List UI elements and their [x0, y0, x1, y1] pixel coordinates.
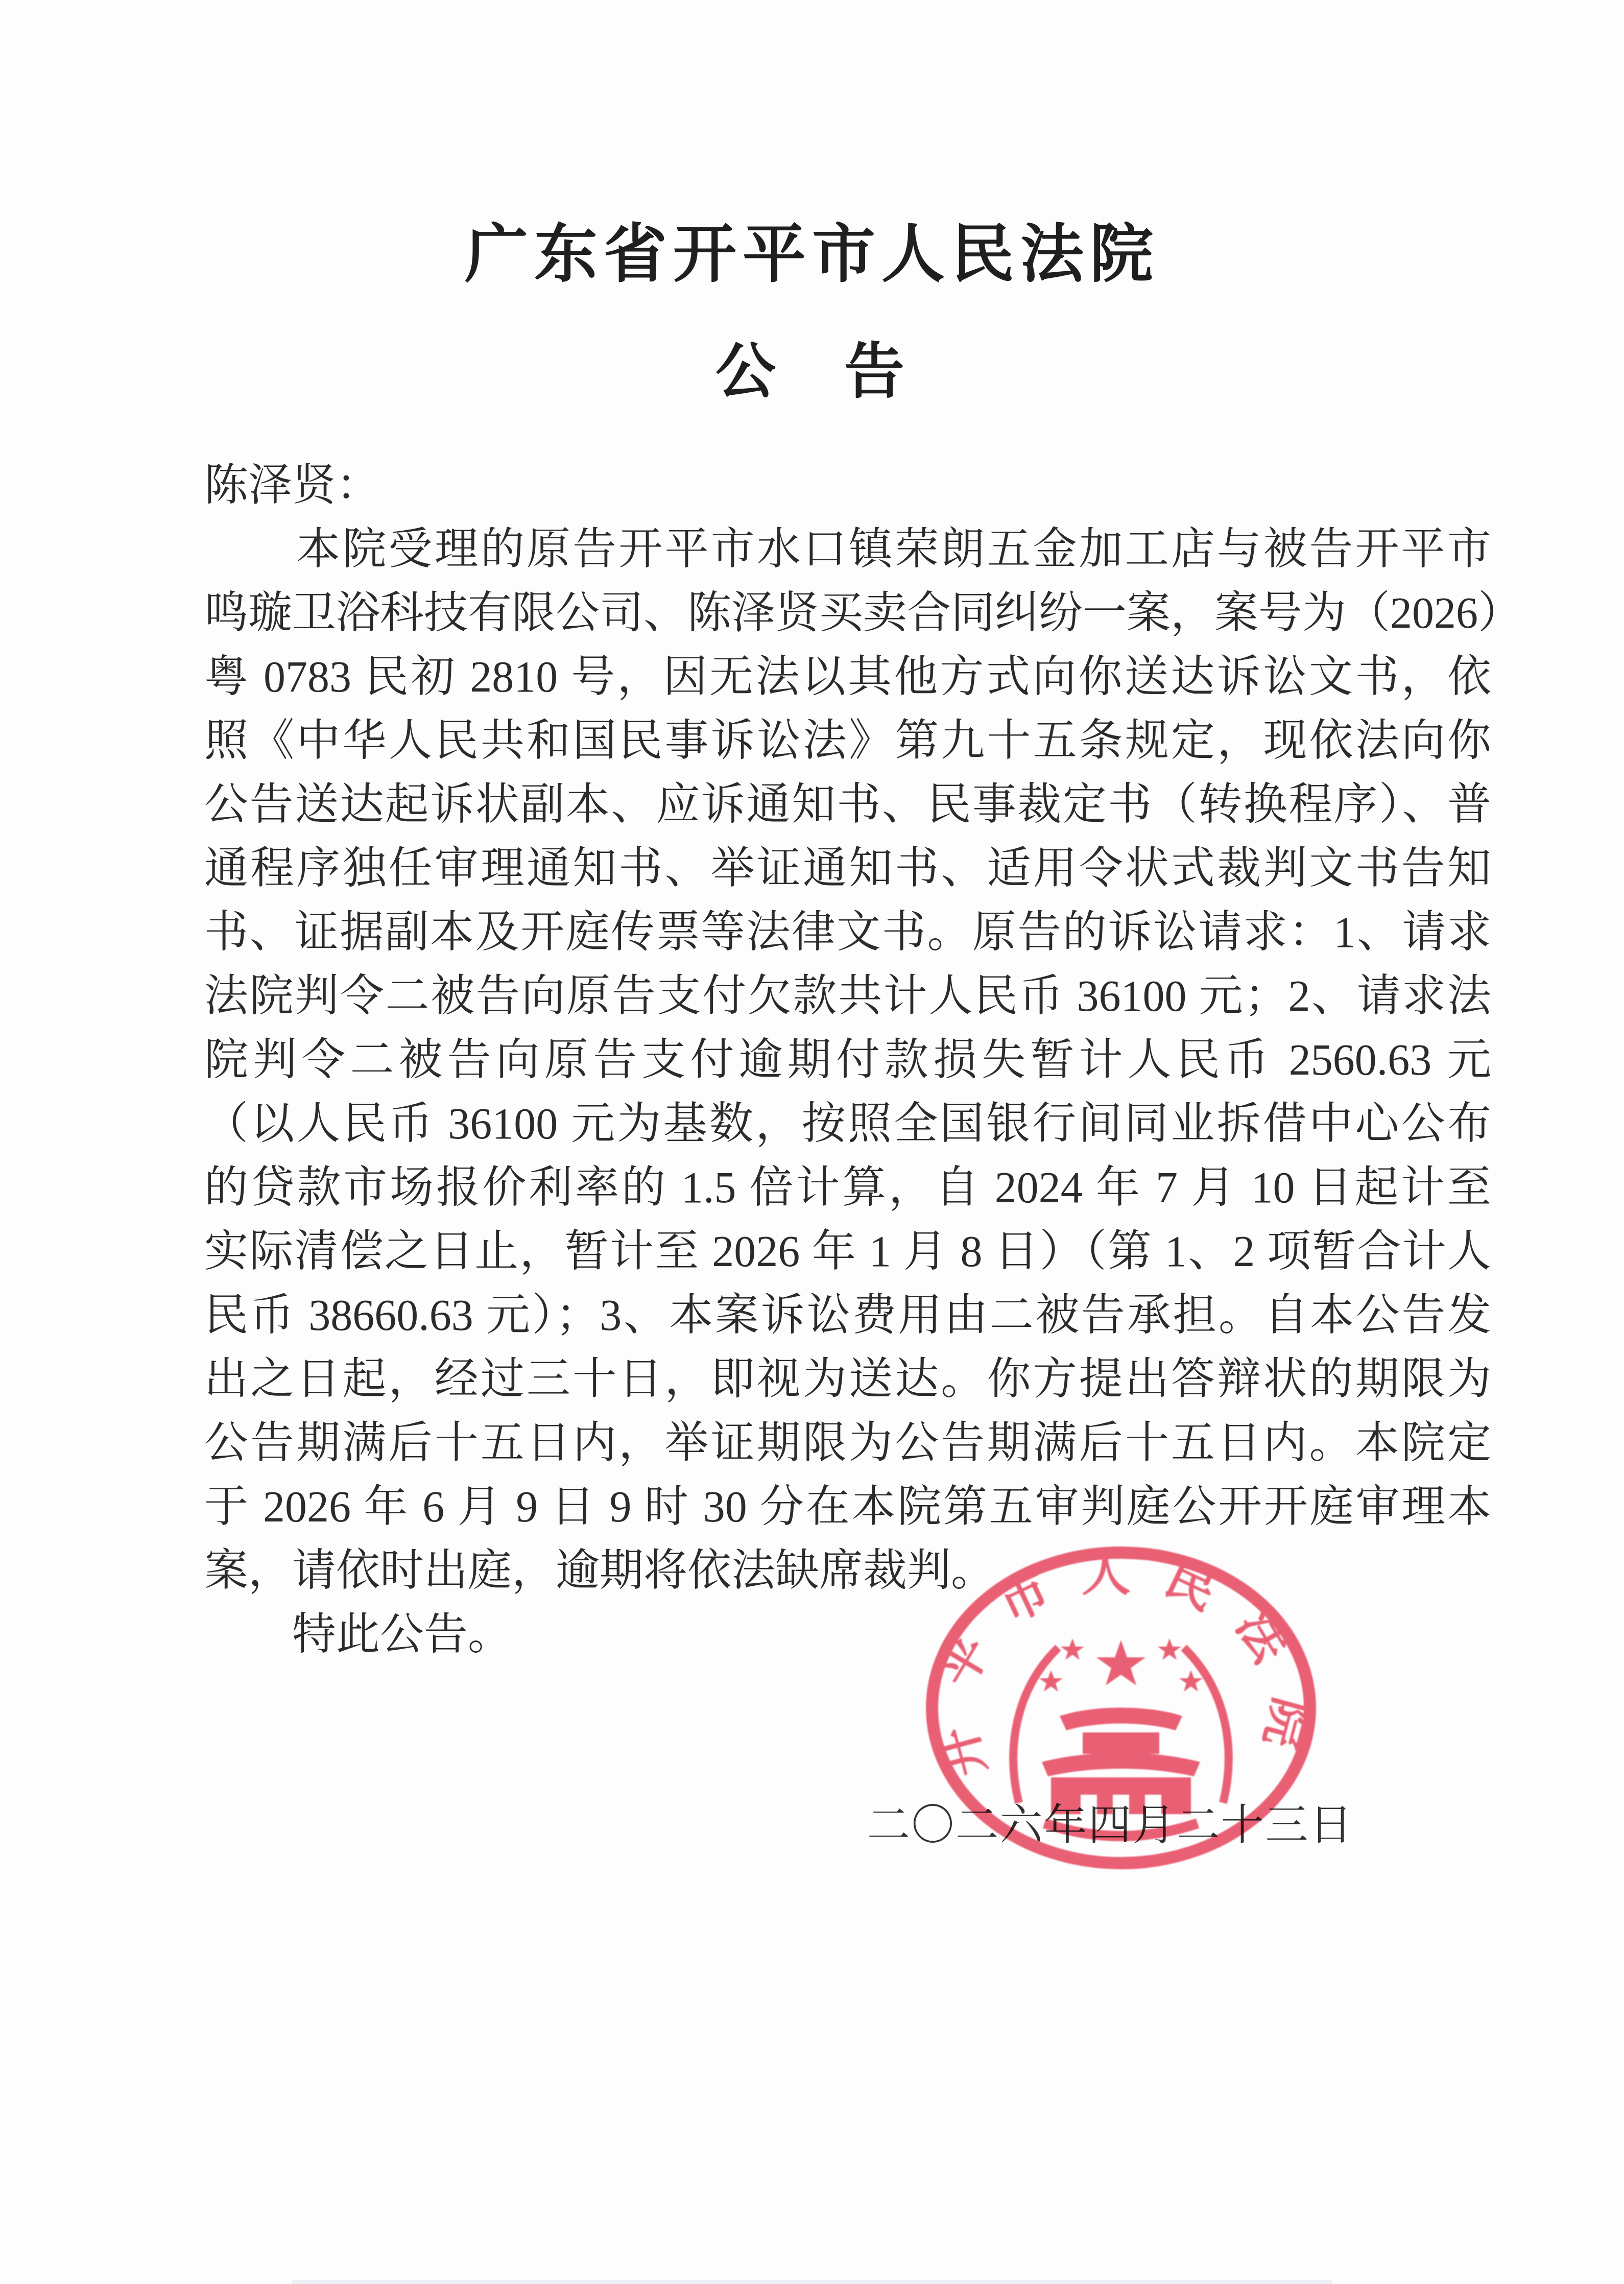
doc-title: 公 告 [0, 323, 1624, 410]
emblem-gate [1042, 1708, 1200, 1815]
body-line: 的贷款市场报价利率的 1.5 倍计算，自 2024 年 7 月 10 日起计至 [204, 1156, 1491, 1220]
body-line: 本院受理的原告开平市水口镇荣朗五金加工店与被告开平市 [204, 517, 1491, 581]
court-name-heading: 广东省开平市人民法院 [0, 203, 1624, 294]
court-seal: 开平市人民法院 [914, 1536, 1328, 1879]
body-line: 照《中华人民共和国民事诉讼法》第九十五条规定，现依法向你 [204, 709, 1491, 773]
body-line: 出之日起，经过三十日，即视为送达。你方提出答辩状的期限为 [204, 1347, 1491, 1411]
body-line: 鸣璇卫浴科技有限公司、陈泽贤买卖合同纠纷一案，案号为（2026） [204, 581, 1491, 645]
body-line: 粤 0783 民初 2810 号，因无法以其他方式向你送达诉讼文书，依 [204, 645, 1491, 709]
court-announcement-page: 广东省开平市人民法院 公 告 陈泽贤： 本院受理的原告开平市水口镇荣朗五金加工店… [0, 0, 1624, 2284]
scan-artifact-strip [292, 2280, 1331, 2284]
body-line: 公告期满后十五日内，举证期限为公告期满后十五日内。本院定 [204, 1411, 1491, 1475]
national-emblem [1013, 1638, 1228, 1836]
body-line: 实际清偿之日止，暂计至 2026 年 1 月 8 日）（第 1、2 项暂合计人 [204, 1220, 1491, 1283]
body-line: 院判令二被告向原告支付逾期付款损失暂计人民币 2560.63 元 [204, 1028, 1491, 1092]
body-line: 民币 38660.63 元）；3、本案诉讼费用由二被告承担。自本公告发 [204, 1283, 1491, 1347]
body-line: 公告送达起诉状副本、应诉通知书、民事裁定书（转换程序）、普 [204, 773, 1491, 837]
body-line: （以人民币 36100 元为基数，按照全国银行间同业拆借中心公布 [204, 1092, 1491, 1156]
announcement-body: 陈泽贤： 本院受理的原告开平市水口镇荣朗五金加工店与被告开平市鸣璇卫浴科技有限公… [204, 454, 1491, 1667]
emblem-stars [1039, 1638, 1203, 1692]
body-line: 通程序独任审理通知书、举证通知书、适用令状式裁判文书告知 [204, 837, 1491, 900]
body-line: 法院判令二被告向原告支付欠款共计人民币 36100 元；2、请求法 [204, 964, 1491, 1028]
body-line: 书、证据副本及开庭传票等法律文书。原告的诉讼请求：1、请求 [204, 900, 1491, 964]
recipient-line: 陈泽贤： [204, 454, 1491, 517]
body-line: 于 2026 年 6 月 9 日 9 时 30 分在本院第五审判庭公开开庭审理本 [204, 1475, 1491, 1539]
body-lines: 本院受理的原告开平市水口镇荣朗五金加工店与被告开平市鸣璇卫浴科技有限公司、陈泽贤… [204, 517, 1491, 1603]
